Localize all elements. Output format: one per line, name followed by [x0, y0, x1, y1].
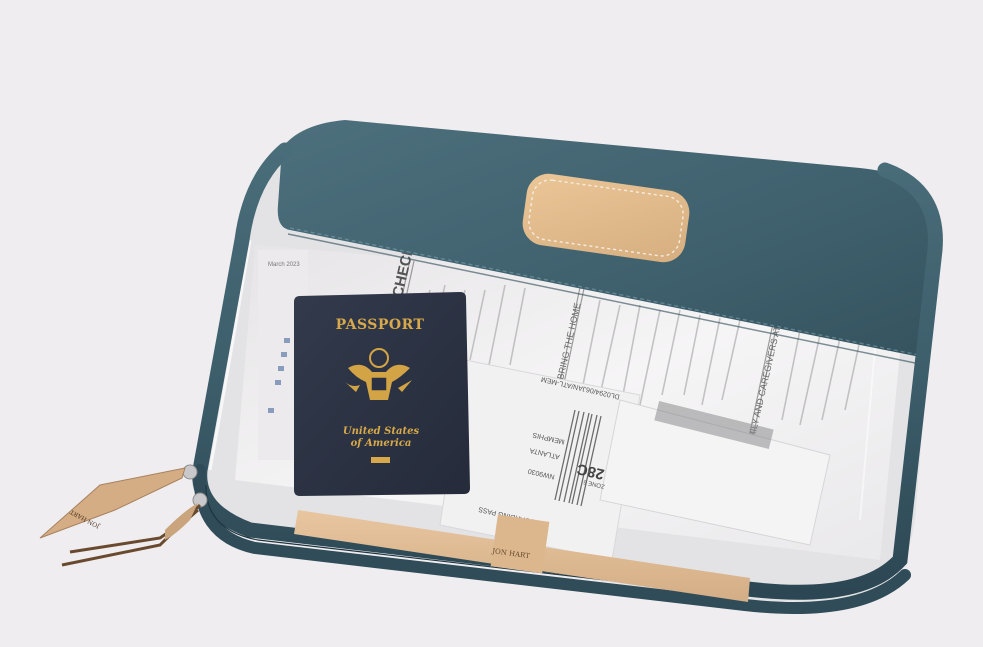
- product-photo: CHECKLIST BRING THE HOME FAMILY AND CARE…: [0, 0, 983, 647]
- strap-loop: [491, 515, 550, 574]
- passport: PASSPORT United States of America: [294, 292, 470, 496]
- chip-icon: [371, 457, 390, 463]
- svg-text:of America: of America: [351, 438, 412, 449]
- svg-text:United States: United States: [343, 426, 420, 437]
- passport-title: PASSPORT: [336, 317, 425, 333]
- svg-text:March 2023: March 2023: [268, 262, 300, 268]
- zipper-pull[interactable]: JON HART: [40, 465, 207, 565]
